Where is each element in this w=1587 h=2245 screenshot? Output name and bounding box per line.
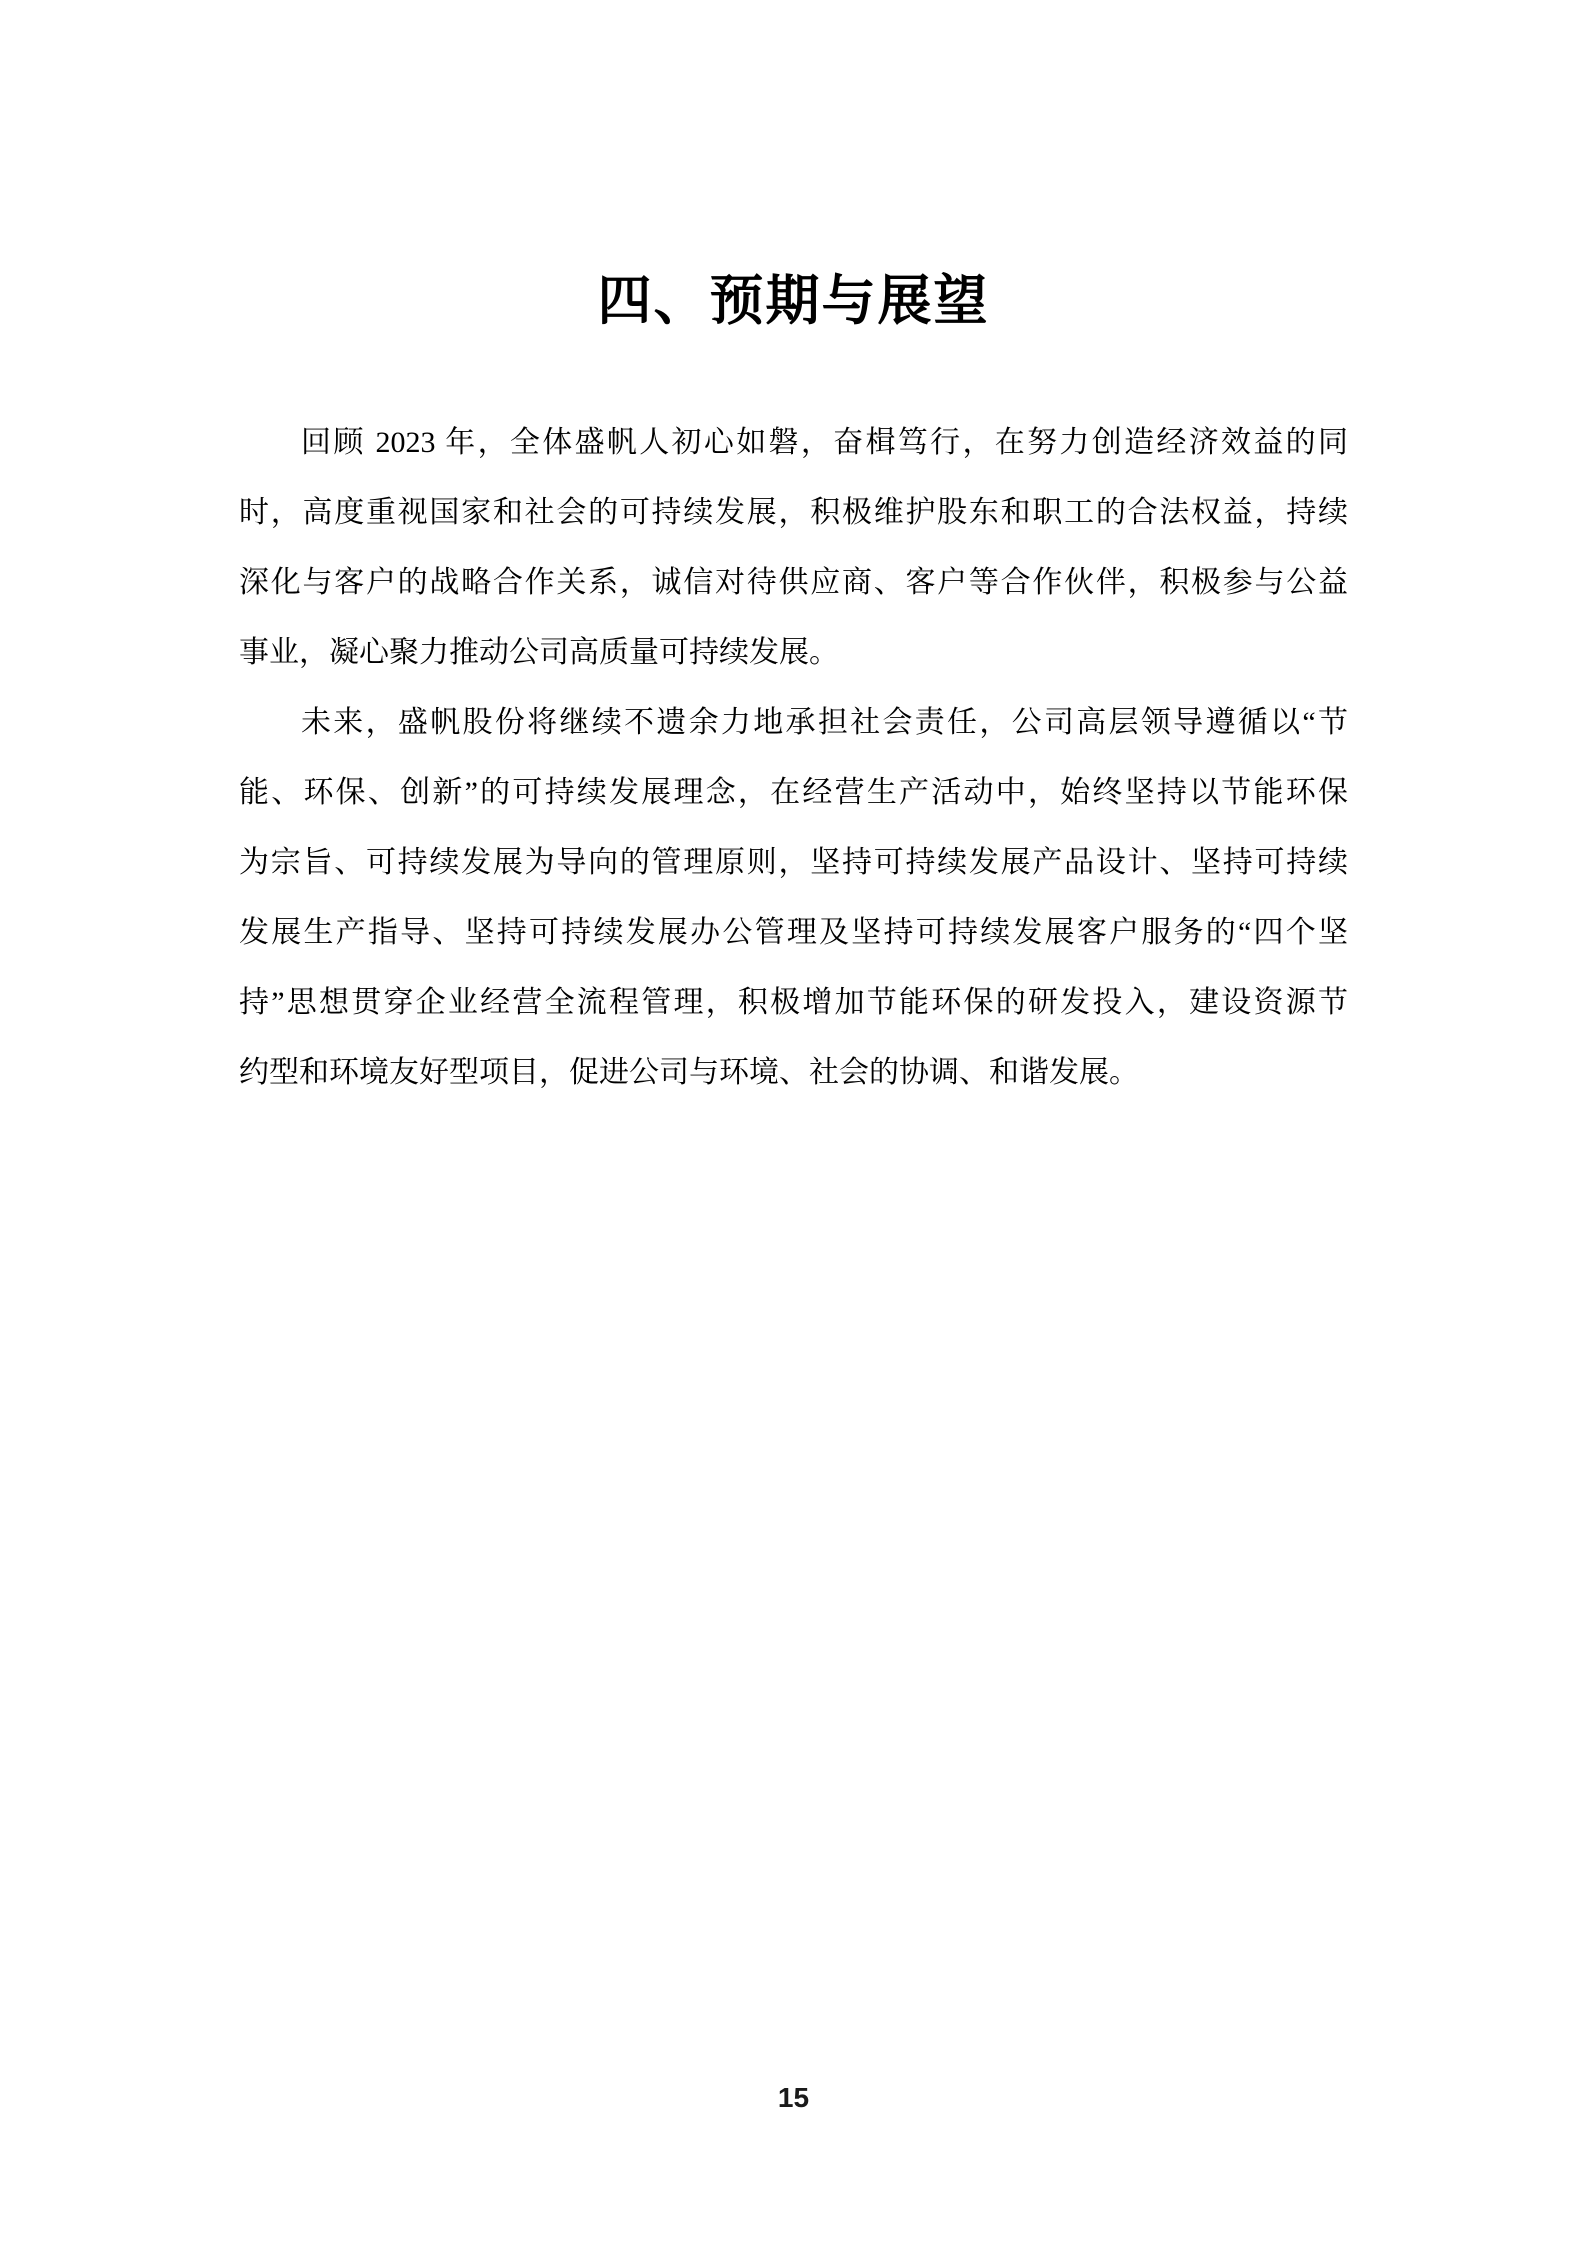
page-title: 四、预期与展望 [0, 258, 1587, 335]
paragraph-1-line-2: 时，高度重视国家和社会的可持续发展，积极维护股东和职工的合法权益，持续 [239, 478, 1348, 548]
paragraph-1-line-4: 事业，凝心聚力推动公司高质量可持续发展。 [239, 618, 1348, 688]
paragraph-2-line-4: 发展生产指导、坚持可持续发展办公管理及坚持可持续发展客户服务的“四个坚 [239, 898, 1348, 968]
body-text: 回顾 2023 年，全体盛帆人初心如磐，奋楫笃行，在努力创造经济效益的同 时，高… [239, 408, 1348, 1108]
paragraph-2-line-3: 为宗旨、可持续发展为导向的管理原则，坚持可持续发展产品设计、坚持可持续 [239, 828, 1348, 898]
paragraph-2-line-1: 未来，盛帆股份将继续不遗余力地承担社会责任，公司高层领导遵循以“节 [239, 688, 1348, 758]
paragraph-1-line-1: 回顾 2023 年，全体盛帆人初心如磐，奋楫笃行，在努力创造经济效益的同 [239, 408, 1348, 478]
paragraph-2-line-2: 能、环保、创新”的可持续发展理念，在经营生产活动中，始终坚持以节能环保 [239, 758, 1348, 828]
document-page: 四、预期与展望 回顾 2023 年，全体盛帆人初心如磐，奋楫笃行，在努力创造经济… [0, 0, 1587, 2245]
paragraph-1-line-3: 深化与客户的战略合作关系，诚信对待供应商、客户等合作伙伴，积极参与公益 [239, 548, 1348, 618]
paragraph-2-line-5: 持”思想贯穿企业经营全流程管理，积极增加节能环保的研发投入，建设资源节 [239, 968, 1348, 1038]
paragraph-2-line-6: 约型和环境友好型项目，促进公司与环境、社会的协调、和谐发展。 [239, 1038, 1348, 1108]
page-number: 15 [0, 2082, 1587, 2114]
